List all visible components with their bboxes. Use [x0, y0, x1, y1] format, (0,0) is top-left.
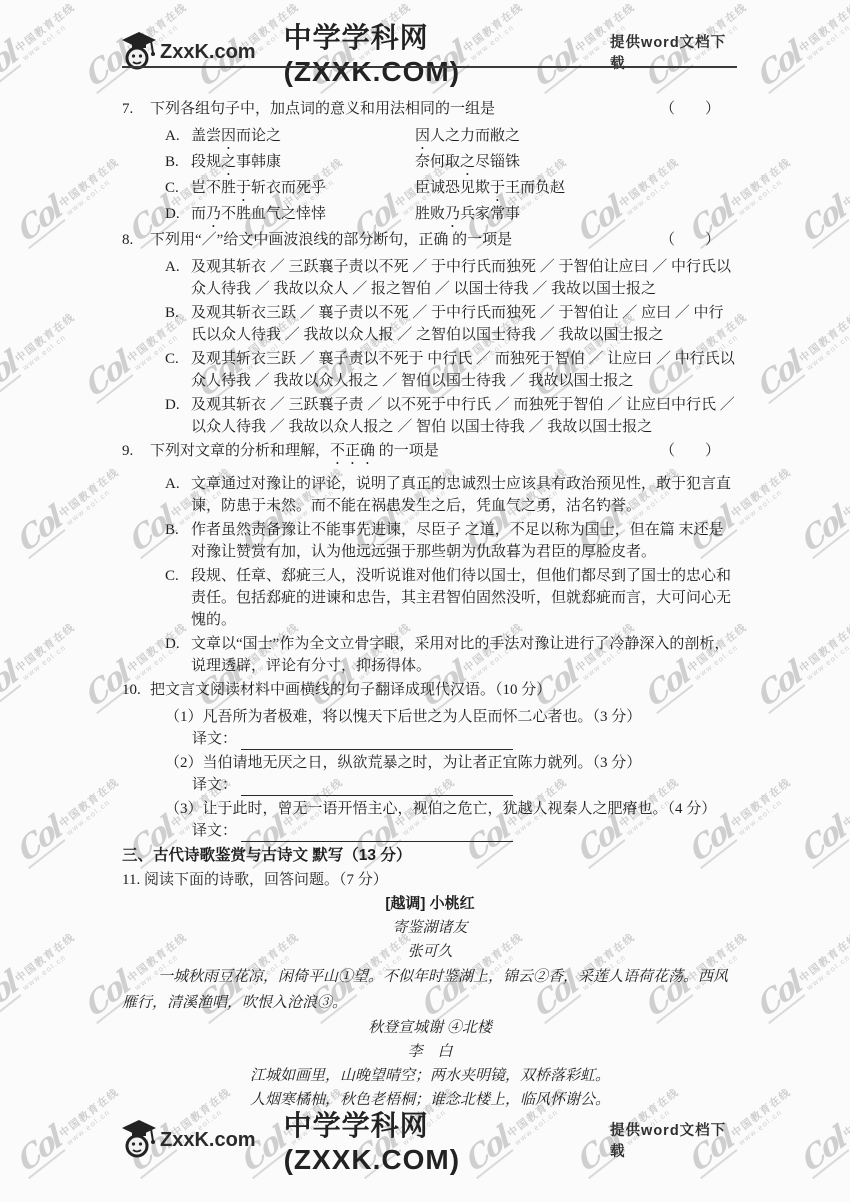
- answer-brackets: （ ）: [660, 229, 720, 251]
- page-header: ZxxK.com 中学学科网(ZXXK.COM) 提供word文档下载: [120, 16, 738, 88]
- option-label: D.: [165, 203, 191, 227]
- graduate-mascot-icon: [120, 1118, 158, 1162]
- question-10: 10. 把文言文阅读材料中画横线的句子翻译成现代汉语。（10 分） （1）凡吾所…: [122, 679, 738, 842]
- eol-watermark: Col中国教育在线www.eol.cn: [798, 771, 850, 868]
- answer-label: 译文：: [192, 774, 237, 796]
- poem-1-subtitle: 寄鉴湖诸友: [122, 916, 738, 940]
- site-tagline: 提供word文档下载: [610, 1119, 738, 1161]
- option-text: 文章通过对豫让的评论，说明了真正的忠诚烈士应该具有政治预见性，敢于犯言直谏，防患…: [191, 473, 738, 517]
- exam-content: 7. 下列各组句子中，加点词的意义和用法相同的一组是 （ ） A. 盖尝因而论之…: [122, 98, 738, 1112]
- option-c: C. 及观其斩衣三跃 ／ 襄子责以不死于 中行氏 ／ 而独死于智伯 ／ 让应曰 …: [122, 348, 738, 392]
- answer-label: 译文：: [192, 728, 237, 750]
- zxxk-logo-text: ZxxK.com: [160, 1129, 256, 1152]
- option-label: B.: [165, 519, 191, 563]
- question-7: 7. 下列各组句子中，加点词的意义和用法相同的一组是 （ ） A. 盖尝因而论之…: [122, 98, 738, 227]
- eol-logo-glyph: Col: [17, 1125, 66, 1179]
- option-text-left: 段规之事韩康: [191, 151, 415, 175]
- question-8-stem: 8. 下列用“／”给文中画波浪线的部分断句，正确 的一项是 （ ）: [122, 229, 738, 251]
- eol-watermark: Col中国教育在线www.eol.cn: [0, 0, 83, 92]
- eol-watermark: Col中国教育在线www.eol.cn: [754, 306, 850, 403]
- poem-1-title: [越调] 小桃红: [122, 892, 738, 916]
- option-text-left: 而乃不胜血气之悻悻: [191, 203, 415, 227]
- eol-logo-glyph: Col: [757, 660, 806, 714]
- site-title: 中学学科网(ZXXK.COM): [284, 16, 596, 88]
- answer-label: 译文：: [192, 820, 237, 842]
- option-c: C. 段规、任章、郄疵三人，没听说谁对他们待以国士，但他们都尽到了国士的忠心和责…: [122, 565, 738, 631]
- option-label: A.: [165, 256, 191, 300]
- eol-logo-glyph: Col: [17, 195, 66, 249]
- option-d: D. 文章以“国士”作为全文立骨字眼，采用对比的手法对豫让进行了冷静深入的剖析，…: [122, 633, 738, 677]
- option-d: D. 及观其斩衣 ／ 三跃襄子责 ／ 以不死于中行氏 ／ 而独死于智伯 ／ 让应…: [122, 394, 738, 438]
- option-text-left: 盖尝因而论之: [191, 125, 415, 149]
- eol-watermark: Col中国教育在线www.eol.cn: [0, 616, 83, 713]
- eol-logo-glyph: Col: [801, 195, 850, 249]
- zxxk-logo: ZxxK.com: [120, 1118, 256, 1162]
- eol-watermark: Col中国教育在线www.eol.cn: [0, 926, 83, 1023]
- answer-blank-line: [241, 777, 513, 796]
- eol-watermark: Col中国教育在线www.eol.cn: [798, 1081, 850, 1178]
- question-text: 下列各组句子中，加点词的意义和用法相同的一组是: [150, 98, 660, 120]
- translation-answer-2: 译文：: [122, 774, 738, 796]
- page-footer: ZxxK.com 中学学科网(ZXXK.COM) 提供word文档下载: [120, 1104, 738, 1176]
- option-text-right: 臣诚恐见欺于王而负赵: [415, 177, 738, 201]
- exam-page: Col中国教育在线www.eol.cnCol中国教育在线www.eol.cnCo…: [0, 0, 850, 1202]
- eol-watermark: Col中国教育在线www.eol.cn: [798, 151, 850, 248]
- section-3-heading: 三、古代诗歌鉴赏与古诗文 默写（13 分）: [122, 844, 738, 868]
- eol-logo-glyph: Col: [801, 1125, 850, 1179]
- option-b: B. 及观其斩衣三跃 ／ 襄子责以不死 ／ 于中行氏而独死 ／ 于智伯让 ／ 应…: [122, 302, 738, 346]
- answer-brackets: （ ）: [660, 440, 720, 468]
- option-label: C.: [165, 348, 191, 392]
- eol-watermark: Col中国教育在线www.eol.cn: [754, 0, 850, 92]
- question-number: 8.: [122, 229, 150, 251]
- eol-watermark: Col中国教育在线www.eol.cn: [754, 616, 850, 713]
- eol-logo-glyph: Col: [801, 815, 850, 869]
- eol-logo-glyph: Col: [757, 40, 806, 94]
- option-label: B.: [165, 151, 191, 175]
- answer-brackets: （ ）: [660, 98, 720, 120]
- eol-watermark: Col中国教育在线www.eol.cn: [798, 461, 850, 558]
- poem-2-author: 李 白: [122, 1040, 738, 1064]
- option-b: B. 作者虽然责备豫让不能事先进谏，尽臣子 之道，不足以称为国士，但在篇 末还是…: [122, 519, 738, 563]
- poem-1-body: 一城秋雨豆花凉，闲倚平山①望。不似年时鉴湖上，锦云②香，采莲人语荷花荡。西风雁行…: [122, 964, 738, 1016]
- eol-logo-glyph: Col: [757, 350, 806, 404]
- option-text-right: 因人之力而敝之: [415, 125, 738, 149]
- translation-item-2: （2）当伯请地无厌之日，纵欲荒暴之时，为让者正宜陈力就列。（3 分）: [122, 752, 738, 774]
- option-text: 文章以“国士”作为全文立骨字眼，采用对比的手法对豫让进行了冷静深入的剖析，说理透…: [191, 633, 738, 677]
- eol-logo-glyph: Col: [757, 970, 806, 1024]
- question-9-stem: 9. 下列对文章的分析和理解，不正确 的一项是 （ ）: [122, 440, 738, 468]
- eol-watermark: Col中国教育在线www.eol.cn: [14, 1081, 127, 1178]
- eol-logo-glyph: Col: [17, 505, 66, 559]
- answer-blank-line: [241, 823, 513, 842]
- translation-answer-3: 译文：: [122, 820, 738, 842]
- option-text: 作者虽然责备豫让不能事先进谏，尽臣子 之道，不足以称为国士，但在篇 末还是对豫让…: [191, 519, 738, 563]
- option-text: 及观其斩衣三跃 ／ 襄子责以不死 ／ 于中行氏而独死 ／ 于智伯让 ／ 应曰 ／…: [191, 302, 738, 346]
- option-a: A. 及观其斩衣 ／ 三跃襄子责以不死 ／ 于中行氏而独死 ／ 于智伯让应曰 ／…: [122, 256, 738, 300]
- option-label: A.: [165, 473, 191, 517]
- answer-blank-line: [241, 731, 513, 750]
- eol-watermark: Col中国教育在线www.eol.cn: [0, 306, 83, 403]
- option-label: C.: [165, 177, 191, 201]
- question-10-stem: 10. 把文言文阅读材料中画横线的句子翻译成现代汉语。（10 分）: [122, 679, 738, 701]
- option-label: D.: [165, 633, 191, 677]
- zxxk-logo-text: ZxxK.com: [160, 41, 256, 64]
- question-8: 8. 下列用“／”给文中画波浪线的部分断句，正确 的一项是 （ ） A. 及观其…: [122, 229, 738, 438]
- option-text: 及观其斩衣 ／ 三跃襄子责 ／ 以不死于中行氏 ／ 而独死于智伯 ／ 让应曰中行…: [191, 394, 738, 438]
- question-number: 7.: [122, 98, 150, 120]
- eol-logo-glyph: Col: [17, 815, 66, 869]
- eol-watermark: Col中国教育在线www.eol.cn: [754, 926, 850, 1023]
- option-text: 及观其斩衣三跃 ／ 襄子责以不死于 中行氏 ／ 而独死于智伯 ／ 让应曰 ／ 中…: [191, 348, 738, 392]
- question-text: 下列用“／”给文中画波浪线的部分断句，正确 的一项是: [150, 229, 660, 251]
- translation-item-3: （3）让于此时，曾无一语开悟主心，视伯之危亡，犹越人视秦人之肥瘠也。（4 分）: [122, 798, 738, 820]
- option-a: A. 文章通过对豫让的评论，说明了真正的忠诚烈士应该具有政治预见性，敢于犯言直谏…: [122, 473, 738, 517]
- option-text: 段规、任章、郄疵三人，没听说谁对他们待以国士，但他们都尽到了国士的忠心和责任。包…: [191, 565, 738, 631]
- option-label: A.: [165, 125, 191, 149]
- question-number: 9.: [122, 440, 150, 468]
- translation-item-1: （1）凡吾所为者极难，将以愧天下后世之为人臣而怀二心者也。（3 分）: [122, 706, 738, 728]
- question-text: 把文言文阅读材料中画横线的句子翻译成现代汉语。（10 分）: [150, 679, 738, 701]
- option-label: C.: [165, 565, 191, 631]
- option-text-right: 奈何取之尽锱铢: [415, 151, 738, 175]
- eol-watermark: Col中国教育在线www.eol.cn: [14, 461, 127, 558]
- option-c: C. 岂不胜于斩衣而死乎 臣诚恐见欺于王而负赵: [122, 177, 738, 201]
- question-text: 下列对文章的分析和理解，不正确 的一项是: [150, 440, 660, 468]
- option-a: A. 盖尝因而论之 因人之力而敝之: [122, 125, 738, 149]
- header-divider: [122, 66, 737, 68]
- eol-watermark: Col中国教育在线www.eol.cn: [14, 151, 127, 248]
- option-label: D.: [165, 394, 191, 438]
- poem-2-line-1: 江城如画里，山晚望晴空；两水夹明镜，双桥落彩虹。: [122, 1064, 738, 1088]
- eol-logo-glyph: Col: [801, 505, 850, 559]
- option-text-right: 胜败乃兵家常事: [415, 203, 738, 227]
- option-d: D. 而乃不胜血气之悻悻 胜败乃兵家常事: [122, 203, 738, 227]
- site-title: 中学学科网(ZXXK.COM): [284, 1104, 596, 1176]
- question-9: 9. 下列对文章的分析和理解，不正确 的一项是 （ ） A. 文章通过对豫让的评…: [122, 440, 738, 677]
- question-11-stem: 11. 阅读下面的诗歌，回答问题。（7 分）: [122, 868, 738, 892]
- translation-answer-1: 译文：: [122, 728, 738, 750]
- question-number: 10.: [122, 679, 150, 701]
- poem-2-title: 秋登宣城谢 ④北楼: [122, 1016, 738, 1040]
- option-b: B. 段规之事韩康 奈何取之尽锱铢: [122, 151, 738, 175]
- question-7-stem: 7. 下列各组句子中，加点词的意义和用法相同的一组是 （ ）: [122, 98, 738, 120]
- option-label: B.: [165, 302, 191, 346]
- eol-watermark: Col中国教育在线www.eol.cn: [14, 771, 127, 868]
- option-text-left: 岂不胜于斩衣而死乎: [191, 177, 415, 201]
- option-text: 及观其斩衣 ／ 三跃襄子责以不死 ／ 于中行氏而独死 ／ 于智伯让应曰 ／ 中行…: [191, 256, 738, 300]
- poem-1-author: 张可久: [122, 940, 738, 964]
